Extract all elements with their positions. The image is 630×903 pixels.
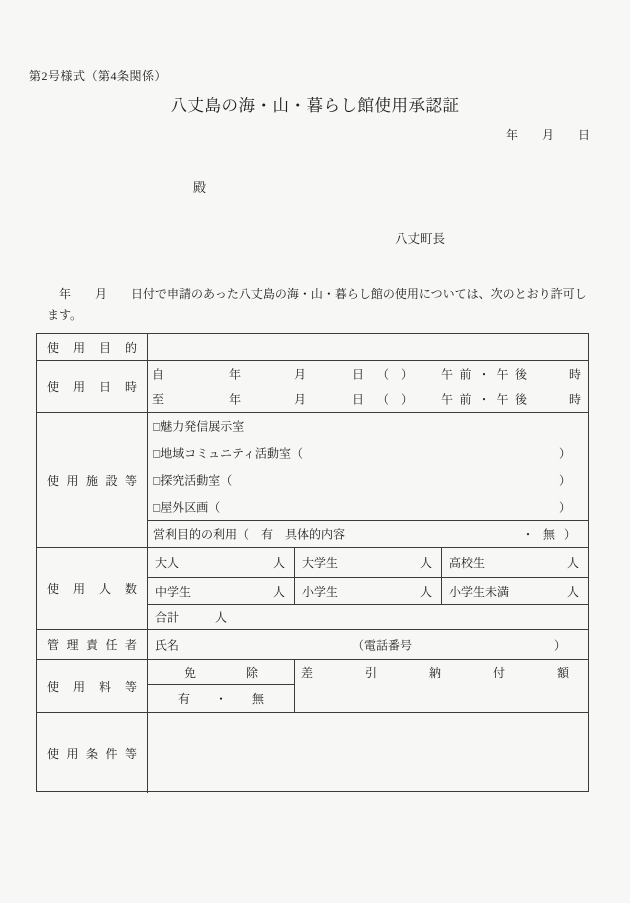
issue-date-line: 年 月 日 (300, 126, 590, 143)
row-label-conditions-text: 使用条件等 (37, 745, 147, 762)
fees-exemption-column: 免除 有・無 (148, 660, 295, 712)
datetime-from-line: 自 年 月 日 （ ） 午前・午後 時 (148, 363, 588, 385)
row-label-facilities: 使用施設等 (37, 413, 148, 547)
attendance-category: 大人 (155, 554, 179, 571)
intro-line-1: 年 月 日付で申請のあった八丈島の海・山・暮らし館の使用については、次のとおり許… (47, 285, 587, 302)
row-label-fees: 使用料等 (37, 660, 148, 712)
datetime-day-label: 日 (352, 365, 364, 382)
facility-option-label: □探究活動室（ (153, 471, 232, 488)
facility-close-paren: ） (559, 445, 571, 462)
table-row-attendance: 使用人数 大人 人 大学生 人 高校生 人 (37, 547, 588, 629)
attendance-category: 高校生 (449, 554, 485, 571)
row-label-attendance-text: 使用人数 (37, 580, 147, 597)
attendance-category: 大学生 (302, 554, 338, 571)
table-row-facilities: 使用施設等 □魅力発信展示室 □地域コミュニティ活動室（ ） □探究活動室（ ） (37, 412, 588, 547)
manager-phone-label: （電話番号 (352, 636, 412, 653)
fees-deduction-cell: 差引納付額 (295, 660, 588, 712)
datetime-weekday-paren: （ ） (377, 365, 413, 382)
attendance-category: 小学生未満 (449, 583, 509, 600)
row-label-purpose: 使用目的 (37, 334, 148, 360)
datetime-month-label: 月 (294, 391, 306, 408)
attendance-cell-university: 大学生 人 (295, 548, 442, 577)
fees-exemption-options-cell: 有・無 (148, 685, 294, 712)
conditions-value-cell (148, 713, 588, 793)
attendance-row-2: 中学生 人 小学生 人 小学生未満 人 (148, 578, 588, 605)
attendance-unit: 人 (567, 554, 579, 571)
approval-form-table: 使用目的 使用日時 自 年 月 日 （ ） 午前・午後 時 (36, 333, 589, 792)
datetime-hour-label: 時 (569, 391, 581, 408)
addressee-honorific: 殿 (193, 177, 206, 196)
attendance-cell-highschool: 高校生 人 (442, 548, 588, 577)
facility-option-label: □地域コミュニティ活動室（ (153, 445, 303, 462)
facilities-checkbox-list: □魅力発信展示室 □地域コミュニティ活動室（ ） □探究活動室（ ） □屋外区画… (148, 413, 588, 521)
commercial-use-label: 営利目的の利用（ 有 具体的内容 (153, 525, 345, 542)
page-title: 八丈島の海・山・暮らし館使用承認証 (0, 92, 630, 116)
facility-option-outdoor-area: □屋外区画（ ） (148, 498, 588, 516)
datetime-weekday-paren: （ ） (377, 391, 413, 408)
table-row-fees: 使用料等 免除 有・無 差引納付額 (37, 659, 588, 712)
table-row-conditions: 使用条件等 (37, 712, 588, 793)
datetime-value-cell: 自 年 月 日 （ ） 午前・午後 時 至 年 月 日 （ ） 午前 (148, 361, 588, 412)
attendance-row-1: 大人 人 大学生 人 高校生 人 (148, 548, 588, 578)
facility-option-label: □魅力発信展示室 (153, 418, 244, 435)
attendance-unit: 人 (273, 583, 285, 600)
datetime-lines: 自 年 月 日 （ ） 午前・午後 時 至 年 月 日 （ ） 午前 (148, 361, 588, 412)
attendance-unit: 人 (420, 554, 432, 571)
row-label-datetime-text: 使用日時 (37, 378, 147, 395)
datetime-year-label: 年 (229, 365, 241, 382)
issuer-mayor: 八丈町長 (395, 229, 445, 247)
fees-exemption-header: 免除 (184, 664, 308, 681)
datetime-to-prefix: 至 (152, 391, 164, 408)
attendance-cell-elementary: 小学生 人 (295, 578, 442, 604)
datetime-day-label: 日 (352, 391, 364, 408)
commercial-use-line: 営利目的の利用（ 有 具体的内容 ・無） (148, 521, 588, 546)
row-label-facilities-text: 使用施設等 (37, 472, 147, 489)
attendance-grid: 大人 人 大学生 人 高校生 人 (148, 548, 588, 629)
row-label-manager-text: 管理責任者 (37, 636, 147, 653)
attendance-unit: 人 (420, 583, 432, 600)
fees-exemption-options: 有・無 (178, 690, 289, 707)
manager-value-cell: 氏名 （電話番号 ） (148, 630, 588, 659)
facility-option-exhibition: □魅力発信展示室 (148, 417, 588, 435)
facility-close-paren: ） (559, 471, 571, 488)
fees-value-cell: 免除 有・無 差引納付額 (148, 660, 588, 712)
attendance-category: 小学生 (302, 583, 338, 600)
purpose-value-cell (148, 334, 588, 360)
attendance-cell-preschool: 小学生未満 人 (442, 578, 588, 604)
document-page: 第2号様式（第4条関係） 八丈島の海・山・暮らし館使用承認証 年 月 日 殿 八… (0, 0, 630, 903)
datetime-to-line: 至 年 月 日 （ ） 午前・午後 時 (148, 388, 588, 410)
attendance-unit: 人 (567, 583, 579, 600)
facility-option-inquiry-room: □探究活動室（ ） (148, 471, 588, 489)
datetime-hour-label: 時 (569, 365, 581, 382)
row-label-manager: 管理責任者 (37, 630, 148, 659)
form-number: 第2号様式（第4条関係） (29, 67, 167, 84)
attendance-total-row: 合計 人 (148, 605, 588, 629)
fees-grid: 免除 有・無 差引納付額 (148, 660, 588, 712)
row-label-attendance: 使用人数 (37, 548, 148, 629)
attendance-value-cell: 大人 人 大学生 人 高校生 人 (148, 548, 588, 629)
intro-line-2: ます。 (47, 306, 82, 323)
table-row-manager: 管理責任者 氏名 （電話番号 ） (37, 629, 588, 659)
datetime-from-prefix: 自 (152, 365, 164, 382)
manager-phone-close-paren: ） (554, 636, 566, 653)
attendance-category: 中学生 (155, 583, 191, 600)
row-label-purpose-text: 使用目的 (37, 339, 147, 356)
datetime-year-label: 年 (229, 391, 241, 408)
table-row-datetime: 使用日時 自 年 月 日 （ ） 午前・午後 時 至 年 月 (37, 360, 588, 412)
datetime-month-label: 月 (294, 365, 306, 382)
datetime-ampm-label: 午前・午後 (441, 391, 534, 408)
attendance-unit: 人 (273, 554, 285, 571)
row-label-datetime: 使用日時 (37, 361, 148, 412)
fees-deduction-header: 差引納付額 (301, 660, 588, 685)
fees-exemption-header-cell: 免除 (148, 660, 294, 685)
row-label-fees-text: 使用料等 (37, 678, 147, 695)
commercial-use-no-option: ・無） (522, 525, 585, 542)
table-row-purpose: 使用目的 (37, 334, 588, 360)
facility-option-community-room: □地域コミュニティ活動室（ ） (148, 444, 588, 462)
attendance-total-label: 合計 (155, 609, 179, 626)
attendance-cell-adult: 大人 人 (148, 548, 295, 577)
facility-option-label: □屋外区画（ (153, 498, 220, 515)
manager-name-label: 氏名 (155, 636, 179, 653)
attendance-cell-juniorhigh: 中学生 人 (148, 578, 295, 604)
datetime-ampm-label: 午前・午後 (441, 365, 534, 382)
facilities-value-cell: □魅力発信展示室 □地域コミュニティ活動室（ ） □探究活動室（ ） □屋外区画… (148, 413, 588, 547)
facility-close-paren: ） (559, 498, 571, 515)
attendance-unit: 人 (215, 609, 227, 626)
row-label-conditions: 使用条件等 (37, 713, 148, 793)
